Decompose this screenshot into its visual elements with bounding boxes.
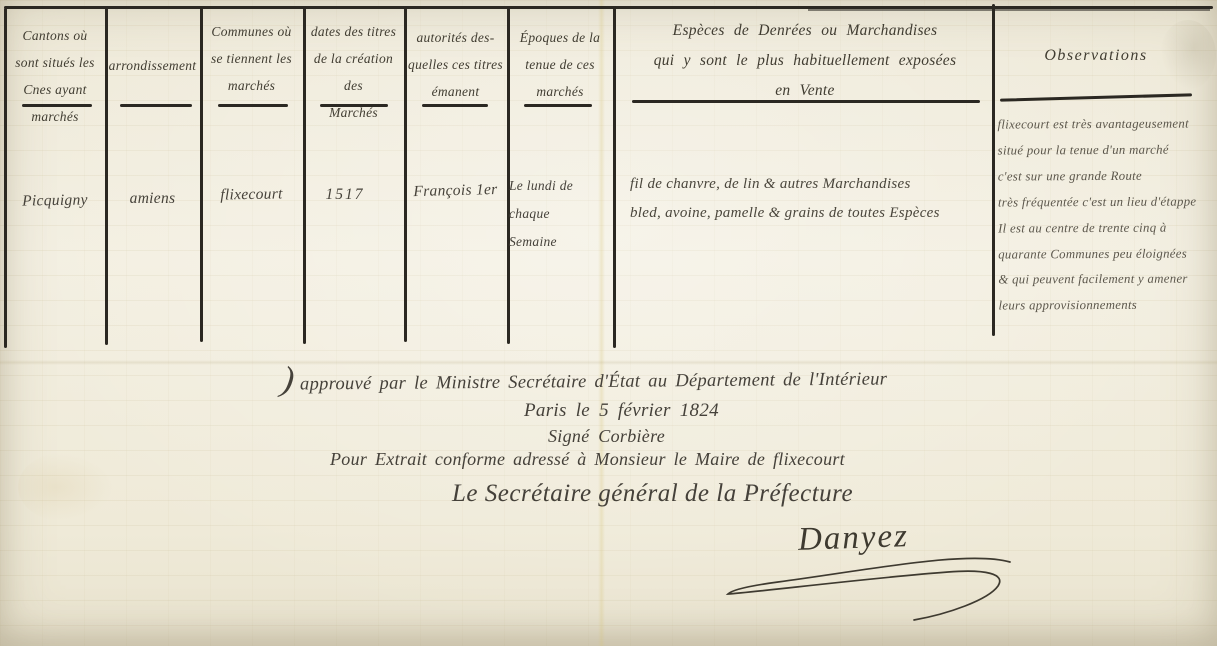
cell-epoque: Le lundi de chaque Semaine: [509, 172, 611, 256]
header-underline: [120, 104, 192, 107]
header-underline: [422, 104, 488, 107]
header-underline: [524, 104, 592, 107]
paper-stain: [18, 452, 113, 522]
cell-commune: flixecourt: [202, 185, 301, 205]
footer-function-line: Le Secrétaire général de la Préfecture: [452, 480, 853, 508]
table-column-border: [992, 4, 995, 336]
footer-extrait-line: Pour Extrait conforme adressé à Monsieur…: [330, 449, 845, 470]
cell-canton: Picquigny: [8, 191, 102, 211]
table-column-border: [613, 8, 616, 348]
header-underline: [218, 104, 288, 107]
footer-place-date-line: Paris le 5 février 1824: [524, 400, 719, 422]
column-header-arrondissement: arrondissement: [107, 52, 198, 79]
table-top-border-retrace: [808, 9, 1210, 11]
header-underline: [1000, 93, 1192, 101]
footer-approval-line: approuvé par le Ministre Secrétaire d'Ét…: [300, 369, 887, 395]
column-header-epoques: Époques de la tenue de ces marchés: [509, 24, 611, 105]
header-underline: [22, 104, 92, 107]
column-header-especes: Espèces de Denrées ou Marchandises qui y…: [622, 16, 988, 106]
footer-signed-line: Signé Corbière: [548, 426, 665, 447]
scanned-document-page: Cantons où sont situés les Cnes ayant ma…: [0, 0, 1217, 646]
column-header-dates-titres: dates des titres de la création des Marc…: [305, 18, 402, 126]
signature-flourish: [718, 548, 1018, 626]
column-header-autorites: autorités des- quelles ces titres émanen…: [406, 24, 505, 105]
header-underline: [320, 104, 388, 107]
cell-observations: flixecourt est très avantageusement situ…: [997, 111, 1200, 319]
horizontal-fold-crease: [0, 360, 1217, 365]
cell-date-titre: 1517: [305, 186, 385, 204]
column-header-communes: Communes où se tiennent les marchés: [202, 18, 301, 99]
column-header-observations: Observations: [996, 42, 1196, 69]
cell-arrondissement: amiens: [107, 190, 198, 208]
header-underline: [632, 100, 980, 103]
column-header-cantons: Cantons où sont situés les Cnes ayant ma…: [8, 22, 102, 130]
cell-autorite: François 1er: [406, 181, 505, 202]
cell-especes: fil de chanvre, de lin & autres Marchand…: [630, 170, 990, 228]
table-column-border: [4, 8, 7, 348]
